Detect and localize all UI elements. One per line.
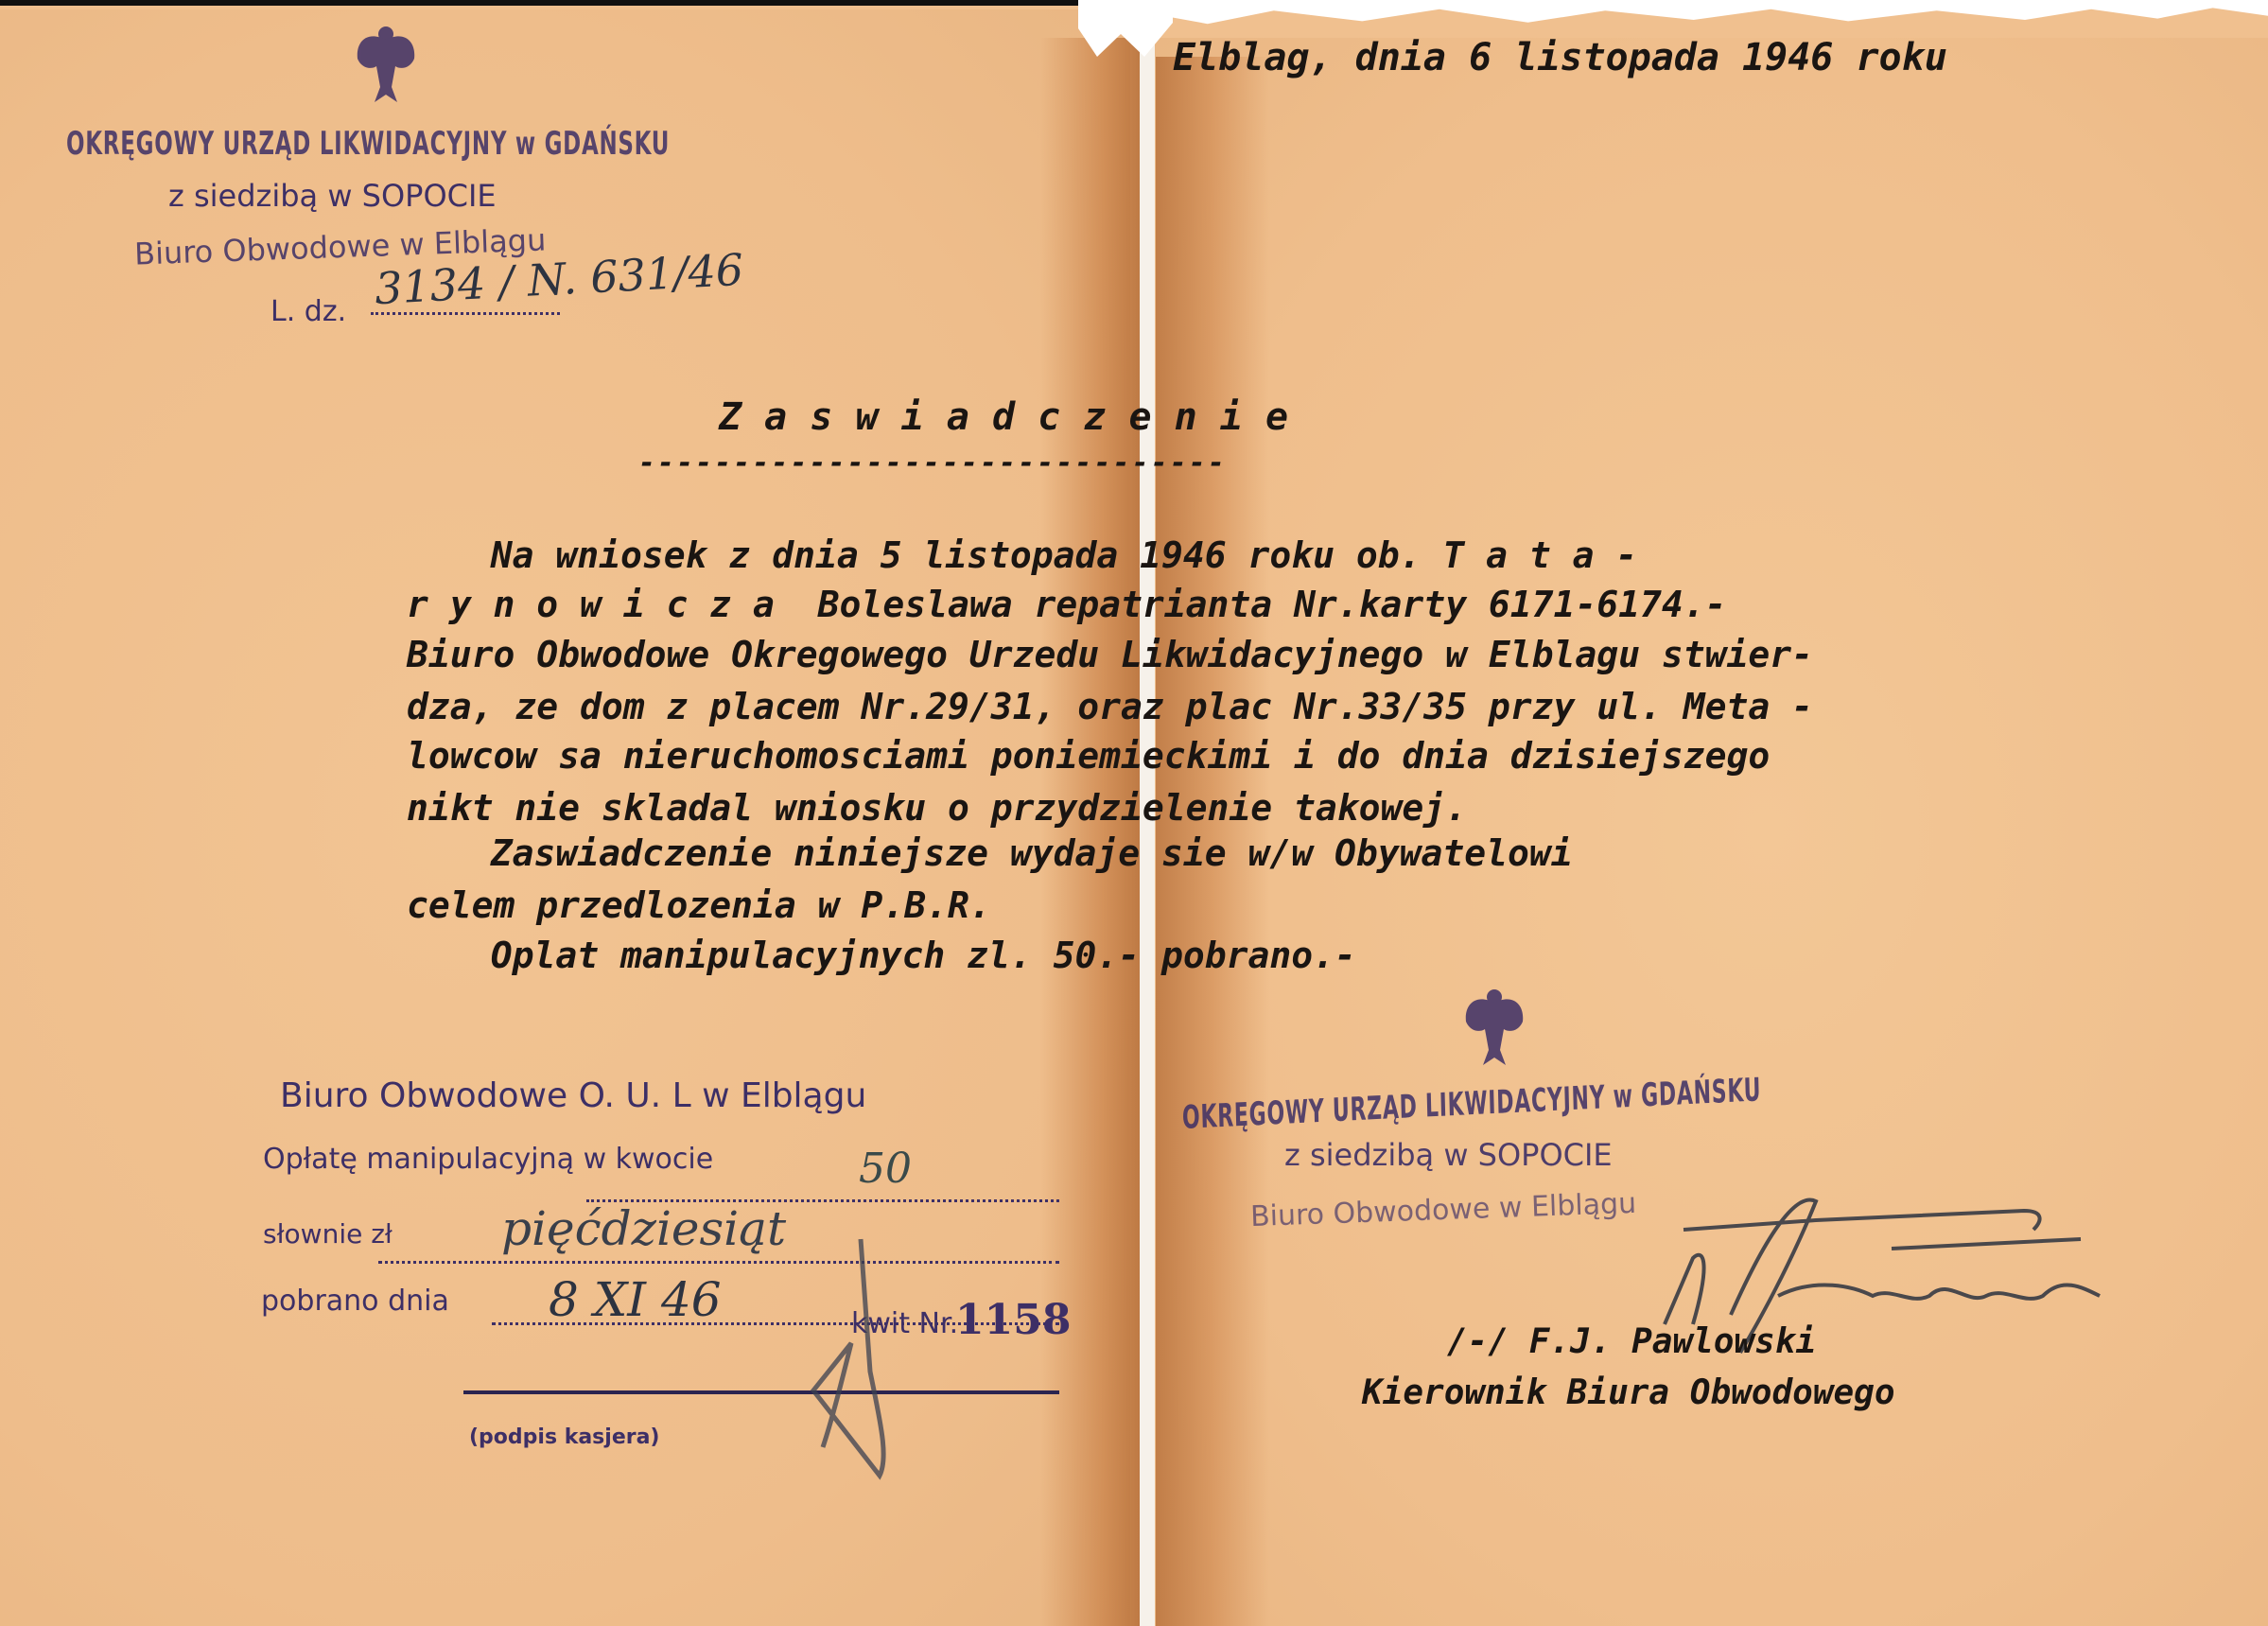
ref-label: L. dz. (270, 295, 346, 328)
footer-stamp-seat: z siedzibą w SOPOCIE (1284, 1137, 1613, 1173)
title-underline: ------------------------------- (638, 446, 1227, 480)
fee-amount-label: Opłatę manipulacyjną w kwocie (263, 1143, 713, 1176)
fee-receipt-value: 1158 (955, 1296, 1071, 1344)
signatory-title: Kierownik Biura Obwodowego (1362, 1373, 1895, 1412)
signatory-name: /-/ F.J. Pawlowski (1447, 1322, 1816, 1361)
header-stamp-seat: z siedzibą w SOPOCIE (168, 178, 497, 214)
body-line-7: Zaswiadczenie niniejsze wydaje sie w/w O… (274, 832, 1573, 874)
body-line-8: celem przedlozenia w P.B.R. (407, 884, 991, 926)
body-line-2: r y n o w i c z a Boleslawa repatrianta … (407, 584, 1727, 625)
fee-words-label: słownie zł (263, 1218, 393, 1250)
cashier-signature-scribble (738, 1230, 908, 1485)
body-line-5: lowcow sa nieruchomosciami poniemieckimi… (407, 735, 1770, 777)
polish-eagle-icon (1457, 984, 1532, 1069)
polish-eagle-icon (348, 21, 424, 106)
cashier-signature-label: (podpis kasjera) (469, 1425, 660, 1449)
body-line-1: Na wniosek z dnia 5 listopada 1946 roku … (274, 534, 1637, 576)
body-line-3: Biuro Obwodowe Okregowego Urzedu Likwida… (407, 634, 1813, 675)
fee-date-label: pobrano dnia (261, 1285, 449, 1318)
header-stamp-office: OKRĘGOWY URZĄD LIKWIDACYJNY w GDAŃSKU (66, 125, 670, 163)
place-date: Elblag, dnia 6 listopada 1946 roku (1173, 36, 1947, 79)
fee-date-value: 8 XI 46 (549, 1272, 722, 1327)
document-title: Z a s w i a d c z e n i e (719, 395, 1288, 439)
body-line-9: Oplat manipulacyjnych zl. 50.- pobrano.- (274, 935, 1356, 976)
fee-words-line (378, 1261, 1059, 1264)
body-line-4: dza, ze dom z placem Nr.29/31, oraz plac… (407, 686, 1813, 727)
fee-amount-value: 50 (859, 1145, 912, 1193)
fee-stamp-office: Biuro Obwodowe O. U. L w Elblągu (280, 1076, 866, 1115)
body-line-6: nikt nie skladal wniosku o przydzielenie… (407, 787, 1467, 829)
